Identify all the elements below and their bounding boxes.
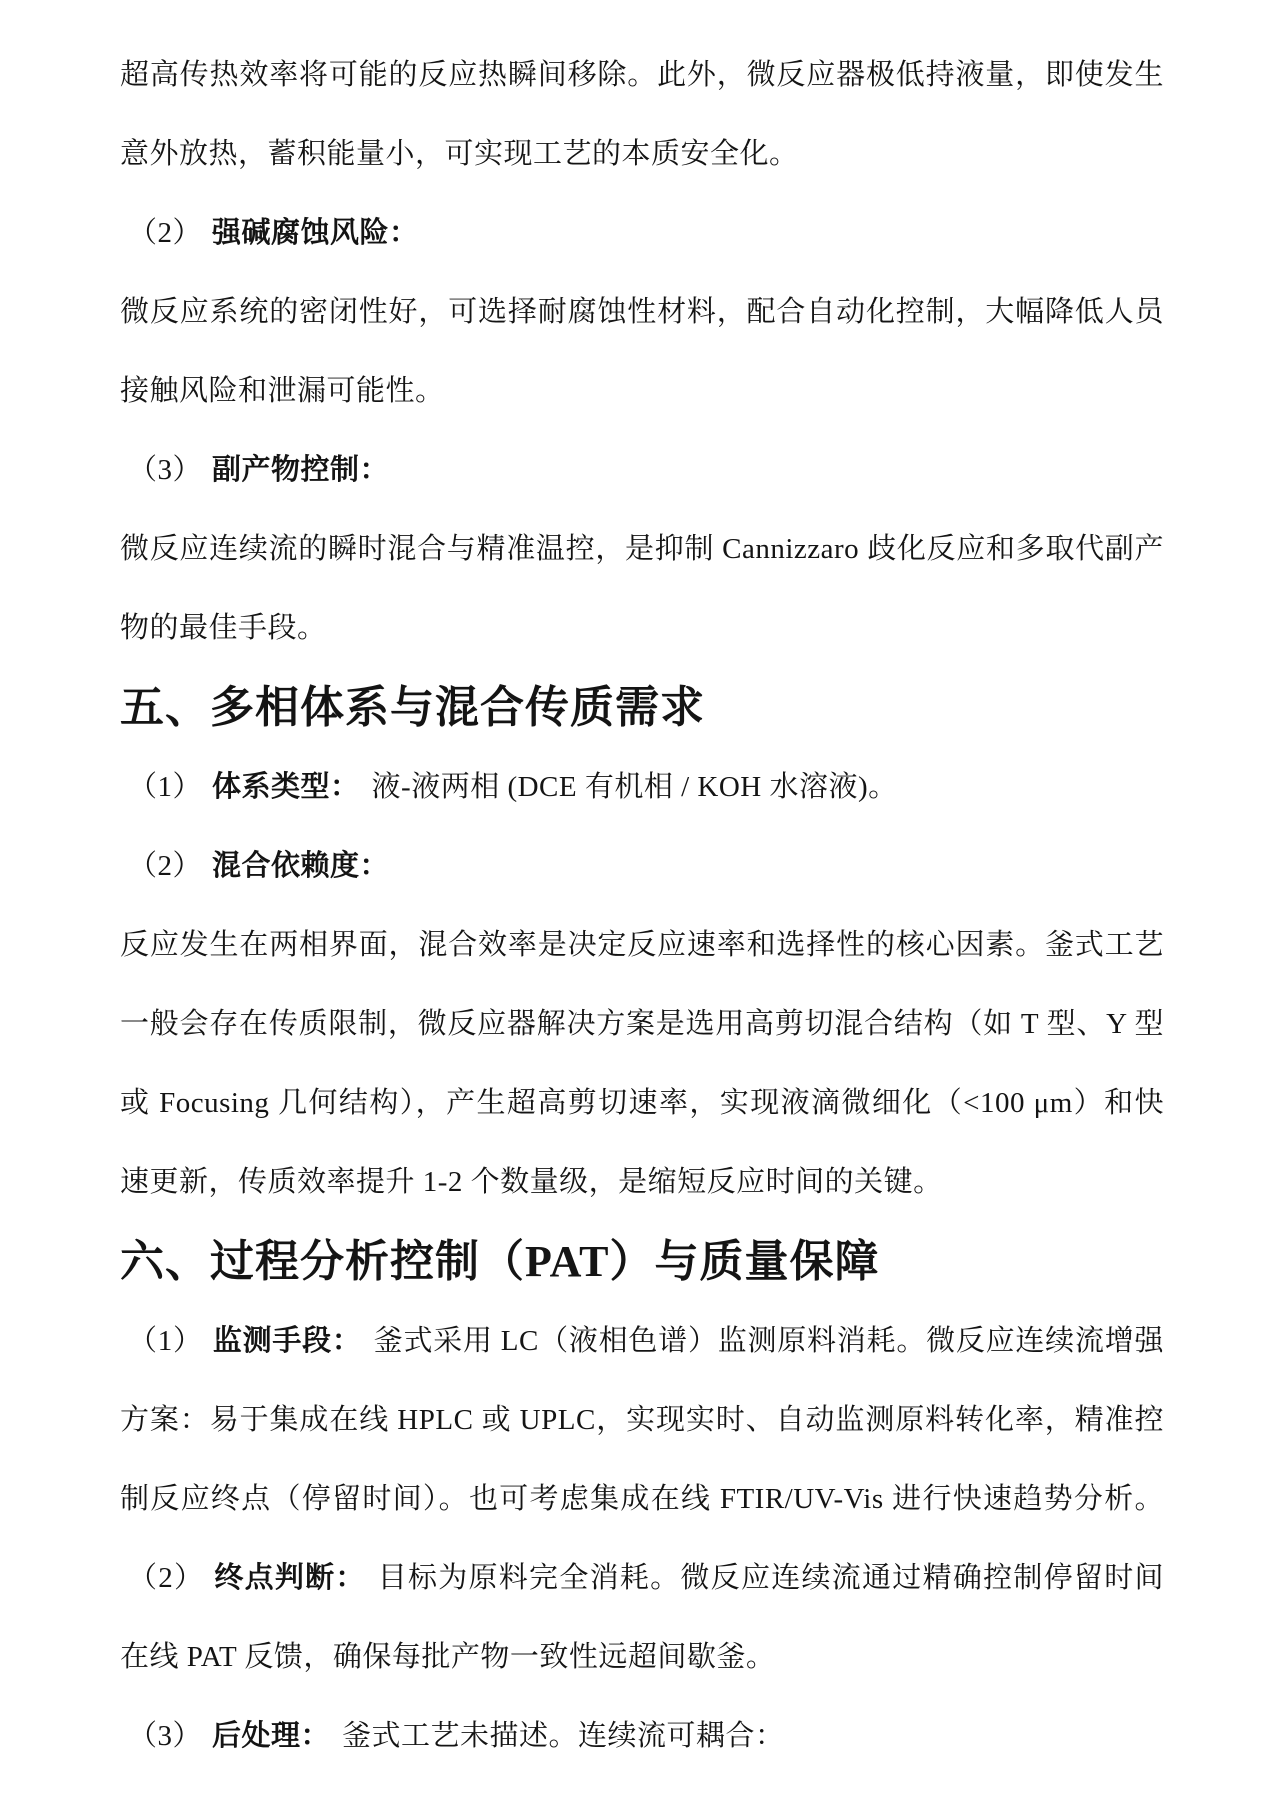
text-segment: 在线 PAT 反馈，确保每批产物一致性远超间歇釜。 xyxy=(120,1641,775,1673)
text-line: （3）后处理：釜式工艺未描述。连续流可耦合： xyxy=(120,1697,1164,1776)
item-label: 强碱腐蚀风险： xyxy=(212,217,419,249)
text-segment: 意外放热，蓄积能量小，可实现工艺的本质安全化。 xyxy=(120,138,799,170)
text-segment: 接触风险和泄漏可能性。 xyxy=(120,375,445,407)
item-label: 体系类型： xyxy=(212,771,360,803)
section-heading: 六、过程分析控制（PAT）与质量保障 xyxy=(120,1222,1164,1302)
text-line: （2）混合依赖度： xyxy=(120,827,1164,906)
text-line: 反应发生在两相界面，混合效率是决定反应速率和选择性的核心因素。釜式工艺 xyxy=(120,906,1164,985)
item-number: （2） xyxy=(128,1562,204,1594)
document-page: 超高传热效率将可能的反应热瞬间移除。此外，微反应器极低持液量，即使发生意外放热，… xyxy=(0,0,1280,1810)
item-number: （1） xyxy=(128,771,202,803)
text-segment: 方案：易于集成在线 HPLC 或 UPLC，实现实时、自动监测原料转化率，精准控 xyxy=(120,1404,1164,1436)
text-line: 超高传热效率将可能的反应热瞬间移除。此外，微反应器极低持液量，即使发生 xyxy=(120,36,1164,115)
text-segment: 六、过程分析控制（PAT）与质量保障 xyxy=(120,1237,879,1286)
item-number: （3） xyxy=(128,1720,202,1752)
text-column: 超高传热效率将可能的反应热瞬间移除。此外，微反应器极低持液量，即使发生意外放热，… xyxy=(120,36,1164,1776)
item-number: （2） xyxy=(128,217,202,249)
text-segment: 超高传热效率将可能的反应热瞬间移除。此外，微反应器极低持液量，即使发生 xyxy=(120,59,1164,91)
text-line: 微反应连续流的瞬时混合与精准温控，是抑制 Cannizzaro 歧化反应和多取代… xyxy=(120,510,1164,589)
text-segment: 微反应连续流的瞬时混合与精准温控，是抑制 Cannizzaro 歧化反应和多取代… xyxy=(120,533,1164,565)
text-line: 方案：易于集成在线 HPLC 或 UPLC，实现实时、自动监测原料转化率，精准控 xyxy=(120,1381,1164,1460)
item-label: 后处理： xyxy=(212,1720,330,1752)
text-line: 速更新，传质效率提升 1-2 个数量级，是缩短反应时间的关键。 xyxy=(120,1143,1164,1222)
text-segment: 或 Focusing 几何结构），产生超高剪切速率，实现液滴微细化（<100 μ… xyxy=(120,1087,1164,1119)
text-segment: 液-液两相 (DCE 有机相 / KOH 水溶液)。 xyxy=(372,771,898,803)
text-line: （1）监测手段：釜式采用 LC（液相色谱）监测原料消耗。微反应连续流增强 xyxy=(120,1302,1164,1381)
section-heading: 五、多相体系与混合传质需求 xyxy=(120,668,1164,748)
text-line: 意外放热，蓄积能量小，可实现工艺的本质安全化。 xyxy=(120,115,1164,194)
text-segment: 反应发生在两相界面，混合效率是决定反应速率和选择性的核心因素。釜式工艺 xyxy=(120,929,1164,961)
text-segment: 制反应终点（停留时间）。也可考虑集成在线 FTIR/UV-Vis 进行快速趋势分… xyxy=(120,1483,1164,1515)
item-number: （3） xyxy=(128,454,202,486)
text-line: 制反应终点（停留时间）。也可考虑集成在线 FTIR/UV-Vis 进行快速趋势分… xyxy=(120,1460,1164,1539)
text-segment: 物的最佳手段。 xyxy=(120,612,327,644)
text-line: 物的最佳手段。 xyxy=(120,589,1164,668)
text-segment: 五、多相体系与混合传质需求 xyxy=(120,683,705,732)
text-line: （2）强碱腐蚀风险： xyxy=(120,194,1164,273)
text-line: （2）终点判断：目标为原料完全消耗。微反应连续流通过精确控制停留时间和 xyxy=(120,1539,1164,1618)
text-line: 微反应系统的密闭性好，可选择耐腐蚀性材料，配合自动化控制，大幅降低人员 xyxy=(120,273,1164,352)
text-line: （3）副产物控制： xyxy=(120,431,1164,510)
item-label: 混合依赖度： xyxy=(212,850,389,882)
item-label: 终点判断： xyxy=(214,1562,365,1594)
text-line: 接触风险和泄漏可能性。 xyxy=(120,352,1164,431)
text-line: 在线 PAT 反馈，确保每批产物一致性远超间歇釜。 xyxy=(120,1618,1164,1697)
text-segment: 釜式工艺未描述。连续流可耦合： xyxy=(342,1720,785,1752)
item-number: （2） xyxy=(128,850,202,882)
text-segment: 一般会存在传质限制，微反应器解决方案是选用高剪切混合结构（如 T 型、Y 型 xyxy=(120,1008,1164,1040)
item-label: 监测手段： xyxy=(213,1325,362,1357)
text-segment: 速更新，传质效率提升 1-2 个数量级，是缩短反应时间的关键。 xyxy=(120,1166,943,1198)
item-label: 副产物控制： xyxy=(212,454,389,486)
text-segment: 釜式采用 LC（液相色谱）监测原料消耗。微反应连续流增强 xyxy=(374,1325,1164,1357)
text-line: 一般会存在传质限制，微反应器解决方案是选用高剪切混合结构（如 T 型、Y 型 xyxy=(120,985,1164,1064)
item-number: （1） xyxy=(128,1325,203,1357)
text-line: 或 Focusing 几何结构），产生超高剪切速率，实现液滴微细化（<100 μ… xyxy=(120,1064,1164,1143)
text-line: （1）体系类型：液-液两相 (DCE 有机相 / KOH 水溶液)。 xyxy=(120,748,1164,827)
text-segment: 微反应系统的密闭性好，可选择耐腐蚀性材料，配合自动化控制，大幅降低人员 xyxy=(120,296,1164,328)
